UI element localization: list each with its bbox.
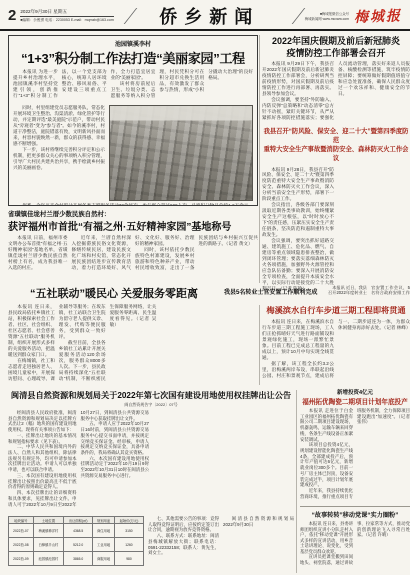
article-r1-body: 本报讯 9月29日下午，我县召开2022年国庆假期及前后新冠肺炎疫情防控工作部署… <box>262 61 410 121</box>
article-lead-body-bottom: 据悉，今年以来全村累计开展各类志愿服务活动30余场次，参与群众超过600人次，兑… <box>13 203 253 206</box>
village-photo <box>109 105 253 201</box>
date-block: 2022年9月30日 星期五 ■编辑：佘俊勇 电话：2230053 E-mail… <box>20 9 114 23</box>
article-lead-title: “1+3”积分制工作法打造“美丽家园”工程 <box>13 48 253 67</box>
column-rule <box>296 390 297 573</box>
article-lead-body-col: 同时，村里组建党员志愿服务队，常态化开展环境卫生整治、沟渠清淤、绿化管护等行动，… <box>13 105 105 201</box>
notice-article: 闽清县自然资源和规划局关于2022年第七次国有建设用地使用权挂牌出让公告 闽自然… <box>8 390 294 573</box>
notice-table: 地块编号土地位置出让面积(㎡)规划用途起始价(万元)2022拍-07梅溪镇樟洋村… <box>8 516 144 566</box>
article-b: 省璜镇佳垅村兰厝少数民族自然村： 获评福州市首批“有福之州·五好精神家园”基地称… <box>8 209 258 282</box>
paper-info-lines: ■梅城报微信公众号 梅城新闻网 www.mcxww.com <box>305 11 349 21</box>
article-r1-title-line1: 2022年国庆假期及前后新冠肺炎 <box>262 35 410 47</box>
article-c-body: 本报讯 连日来，县民政局依托乡镇社工站，积极探索社会工作者、社区、社会组织、社区… <box>8 304 258 385</box>
article-r2-title-line1: 我县召开“防风险、保安全、迎二十大”暨第四季度防范 <box>262 127 410 145</box>
notice-title: 闽清县自然资源和规划局关于2022年第七次国有建设用地使用权挂牌出让公告 <box>8 390 294 401</box>
article-r5: “故事转转”移动党课“实力圈粉” 本报讯 连日来，县委讲师团组织宣讲小分队走村入… <box>300 510 410 573</box>
article-r2-body: 本报讯 9月28日，我县召开“防风险、保安全、迎二十大”暨第四季度防范重特大安全… <box>262 167 410 300</box>
article-r4: 新增投资4亿元 福州拓优陶瓷二期项目计划年底投产 本报讯 走进位于白金工业园区的… <box>300 388 410 504</box>
article-r3-title: 梅溪滨水自行车步道三期工程即将贯通 <box>262 305 410 316</box>
article-r5-title: “故事转转”移动党课“实力圈粉” <box>300 510 410 519</box>
article-r4-title: 福州拓优陶瓷二期项目计划年底投产 <box>300 396 410 406</box>
page-number: 2 <box>8 7 16 24</box>
article-b-kicker: 省璜镇佳垅村兰厝少数民族自然村： <box>8 209 258 218</box>
notice-body-2: 七、其他需要公告的事项：竞得人取得竞得证明后，应按约定签订出让合同，逾期视为放弃… <box>148 516 294 566</box>
column-rule <box>259 35 260 283</box>
article-r1: 2022年国庆假期及前后新冠肺炎 疫情防控工作部署会召开 本报讯 9月29日下午… <box>262 35 410 125</box>
article-r2-title: 我县召开“防风险、保安全、迎二十大”暨第四季度防范 重特大安全生产事故暨消防安全… <box>262 127 410 164</box>
article-lead-body: 本报讯 为进一步提升乡村治理水平，池园镇溪李村坚持党建引领，创新推行“1+3”积… <box>13 69 253 103</box>
article-lead-kicker: 池园镇溪李村 <box>13 39 253 48</box>
article-b-title: 获评福州市首批“有福之州·五好精神家园”基地称号 <box>8 218 258 233</box>
article-r2: 我县召开“防风险、保安全、迎二十大”暨第四季度防范 重特大安全生产事故暨消防安全… <box>262 127 410 299</box>
notice-body: 经闽清县人民政府批准，闽清县自然资源和规划局决定以挂牌方式出让2（幅）地块的国有… <box>8 410 294 514</box>
article-c: “五社联动”暖民心 关爱服务零距离 本报讯 连日来，县民政局依托乡镇社工站，积极… <box>8 285 258 385</box>
article-r3-body: 本报讯 连日来，在梅溪滨水自行车步道三期工程施工现场，工人们正抢抓晴好天气进行路… <box>262 319 410 383</box>
article-r3: 梅溪滨水自行车步道三期工程即将贯通 本报讯 连日来，在梅溪滨水自行车步道三期工程… <box>262 305 410 385</box>
article-c-title: “五社联动”暖民心 关爱服务零距离 <box>8 285 220 301</box>
divider-slash-icon <box>281 8 305 24</box>
notice-bottom-row: 地块编号土地位置出让面积(㎡)规划用途起始价(万元)2022拍-07梅溪镇樟洋村… <box>8 516 294 566</box>
article-r1-title: 2022年国庆假期及前后新冠肺炎 疫情防控工作部署会召开 <box>262 35 410 59</box>
newspaper-logo: 梅城报 <box>354 5 403 27</box>
date-text: 2022年9月30日 星期五 <box>20 9 114 17</box>
edition-info: ■编辑：佘俊勇 电话：2230053 E-mail：mqmzb@163.com <box>20 17 114 23</box>
section-rule <box>300 506 410 507</box>
newspaper-page: 2 2022年9月30日 星期五 ■编辑：佘俊勇 电话：2230053 E-ma… <box>0 0 410 575</box>
article-lead-photo-row: 同时，村里组建党员志愿服务队，常态化开展环境卫生整治、沟渠清淤、绿化管护等行动，… <box>13 105 253 201</box>
divider-slash-icon <box>114 8 138 24</box>
article-r5-body: 本报讯 连日来，县委讲师团组织宣讲小分队走村入户，依托“移动党课”开展形式多样的… <box>300 521 410 571</box>
notice-doc-number: 闽自然资规告字〔2022〕07号 <box>8 402 294 408</box>
article-lead: 池园镇溪李村 “1+3”积分制工作法打造“美丽家园”工程 本报讯 为进一步提升乡… <box>8 35 258 206</box>
article-b-head: 省璜镇佳垅村兰厝少数民族自然村： 获评福州市首批“有福之州·五好精神家园”基地称… <box>8 209 258 233</box>
page-header: 2 2022年9月30日 星期五 ■编辑：佘俊勇 电话：2230053 E-ma… <box>0 0 410 31</box>
paper-info-line2: 梅城新闻网 www.mcxww.com <box>305 16 349 21</box>
section-masthead: 侨乡新闻 <box>137 3 282 29</box>
article-r1-title-line2: 疫情防控工作部署会召开 <box>262 47 410 59</box>
article-r2-title-line2: 重特大安全生产事故暨消防安全、森林防灭火工作会议 <box>262 145 410 163</box>
paper-info-block: ■梅城报微信公众号 梅城新闻网 www.mcxww.com 梅城报 <box>305 6 402 26</box>
article-r4-body: 本报讯 走进位于白金工业园区的福州拓优陶瓷有限公司二期项目建设现场，机器轰鸣，运… <box>300 408 410 502</box>
article-r4-kicker: 新增投资4亿元 <box>300 388 410 396</box>
column-rule <box>259 305 260 385</box>
article-b-body: 本报讯 日前，福州市委文明办公布首批“有福之州·五好精神家园”基地名单，省璜镇佳… <box>8 235 258 281</box>
